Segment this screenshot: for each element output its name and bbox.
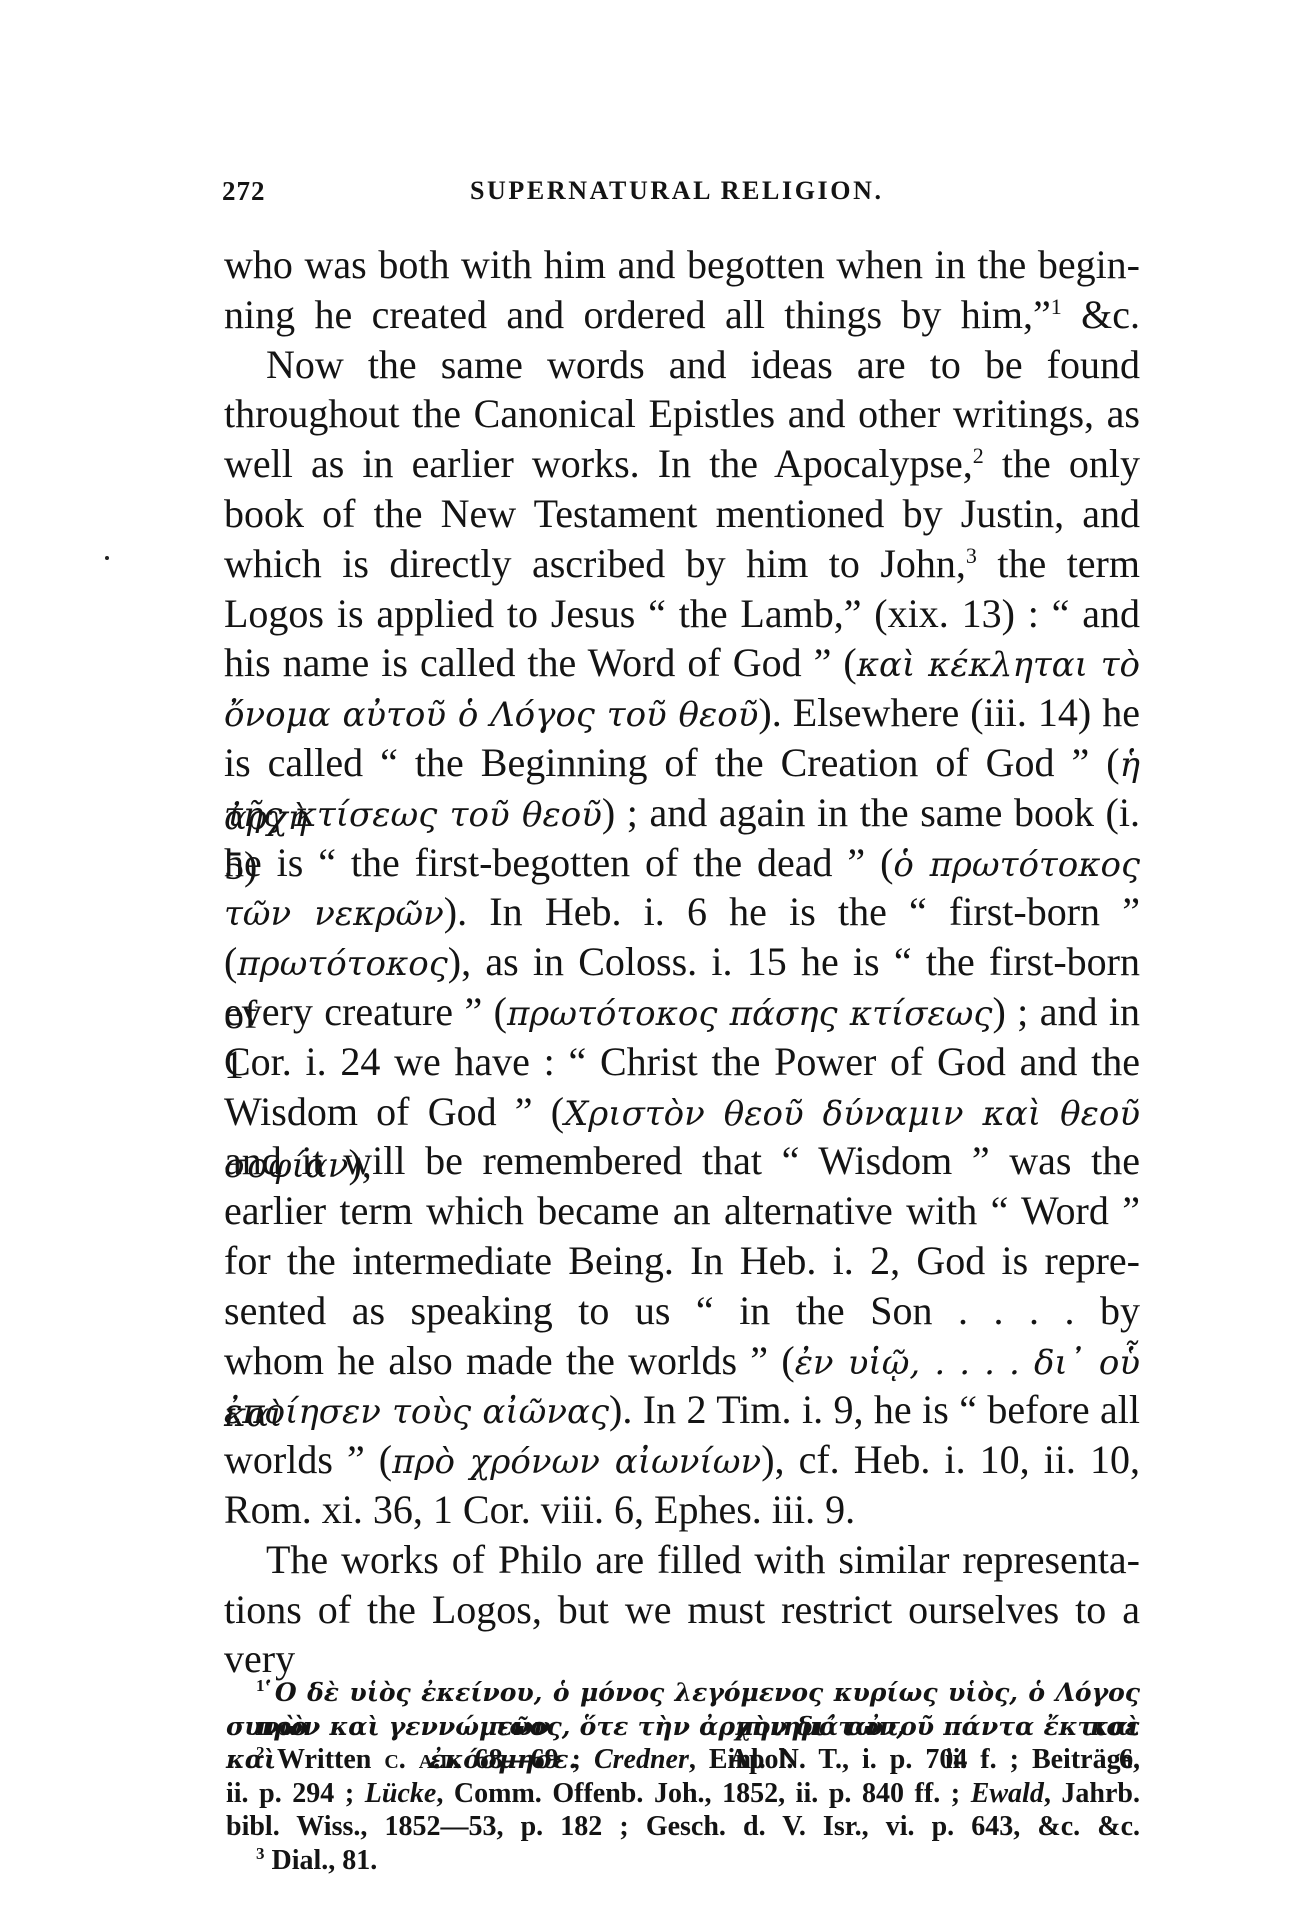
line-text: ). Elsewhere (iii. 14) he bbox=[758, 690, 1140, 735]
text-line: earlier term which became an alternative… bbox=[224, 1186, 1140, 1236]
line-text: ning he created and ordered all things b… bbox=[224, 292, 1051, 337]
footnote-marker[interactable]: 1 bbox=[1051, 294, 1062, 319]
line-text: his name is called the Word of God ” ( bbox=[224, 640, 857, 685]
line-text: ( bbox=[224, 939, 237, 984]
line-text: sented as speaking to us “ in the Son . … bbox=[224, 1288, 1140, 1333]
footnote-line: bibl. Wiss., 1852—53, p. 182 ; Gesch. d.… bbox=[226, 1810, 1140, 1844]
line-text: well as in earlier works. In the Apocaly… bbox=[224, 441, 973, 486]
line-text: the term bbox=[977, 541, 1140, 586]
text-line: is called “ the Beginning of the Creatio… bbox=[224, 738, 1140, 788]
footnote-line: 3 Dial., 81. bbox=[226, 1844, 1140, 1878]
body-text: who was both with him and begotten when … bbox=[224, 240, 1140, 1634]
greek-quotation: τῶν νεκρῶν bbox=[224, 894, 444, 934]
footnote-line: συνὼν καὶ γεννώμενος, ὅτε τὴν ἀρχὴν δι᾽ … bbox=[226, 1710, 1140, 1744]
book-page: 272 SUPERNATURAL RELIGION. who was both … bbox=[0, 0, 1292, 1925]
scan-speck bbox=[105, 556, 109, 560]
line-text: book of the New Testament mentioned by J… bbox=[224, 491, 1140, 536]
line-text: for the intermediate Being. In Heb. i. 2… bbox=[224, 1238, 1140, 1283]
footnote-line: ii. p. 294 ; Lücke, Comm. Offenb. Joh., … bbox=[226, 1777, 1140, 1811]
footnote-number-text: 1 bbox=[256, 1676, 265, 1695]
line-text: Now the same words and ideas are to be f… bbox=[266, 342, 1140, 387]
line-text: ). In Heb. i. 6 he is the “ first-born ” bbox=[444, 889, 1140, 934]
footnote-reference: 2 bbox=[973, 443, 984, 468]
line-text: the only bbox=[984, 441, 1140, 486]
text-line: his name is called the Word of God ” (κα… bbox=[224, 638, 1140, 688]
greek-quotation: πρωτότοκος bbox=[237, 944, 447, 984]
footnote-text: 68—69 ; bbox=[462, 1744, 594, 1775]
line-text: which is directly ascribed by him to Joh… bbox=[224, 541, 966, 586]
book-title: SUPERNATURAL RELIGION. bbox=[470, 176, 884, 206]
era-abbreviation: c. a.d. bbox=[384, 1744, 461, 1775]
greek-quotation: πρὸ χρόνων αἰωνίων bbox=[392, 1442, 761, 1482]
footnote-text: ii. p. 294 ; bbox=[226, 1778, 365, 1809]
text-line: Cor. i. 24 we have : “ Christ the Power … bbox=[224, 1037, 1140, 1087]
line-text: Logos is applied to Jesus “ the Lamb,” (… bbox=[224, 591, 1140, 636]
line-text: and it will be remembered that “ Wisdom … bbox=[224, 1138, 1140, 1183]
greek-quotation: ὄνομα αὐτοῦ ὁ Λόγος τοῦ θεοῦ bbox=[224, 695, 758, 735]
text-line: every creature ” (πρωτότοκος πάσης κτίσε… bbox=[224, 987, 1140, 1037]
greek-quotation: ἐποίησεν τοὺς αἰῶνας bbox=[224, 1392, 609, 1432]
text-line: τῶν νεκρῶν). In Heb. i. 6 he is the “ fi… bbox=[224, 887, 1140, 937]
text-line: (πρωτότοκος), as in Coloss. i. 15 he is … bbox=[224, 937, 1140, 987]
author-name: Credner bbox=[594, 1744, 689, 1775]
footnote-text: , Jahrb. bbox=[1044, 1778, 1140, 1809]
text-line: τῆς κτίσεως τοῦ θεοῦ) ; and again in the… bbox=[224, 788, 1140, 838]
line-text: who was both with him and begotten when … bbox=[224, 242, 1140, 287]
line-text: earlier term which became an alternative… bbox=[224, 1188, 1140, 1233]
text-line: worlds ” (πρὸ χρόνων αἰωνίων), cf. Heb. … bbox=[224, 1435, 1140, 1485]
footnote-marker[interactable]: 2 bbox=[973, 443, 984, 468]
line-text: tions of the Logos, but we must restrict… bbox=[224, 1587, 1140, 1682]
text-line: who was both with him and begotten when … bbox=[224, 240, 1140, 290]
text-line: throughout the Canonical Epistles and ot… bbox=[224, 389, 1140, 439]
line-text: whom he also made the worlds ” ( bbox=[224, 1338, 795, 1383]
footnote-line: 2 Written c. a.d. 68—69 ; Credner, Einl.… bbox=[226, 1743, 1140, 1777]
text-line: Rom. xi. 36, 1 Cor. viii. 6, Ephes. iii.… bbox=[224, 1485, 1140, 1535]
line-text: worlds ” ( bbox=[224, 1437, 392, 1482]
footnotes: 1 ̔Ο δὲ υἱὸς ἐκείνου, ὁ μόνος λεγόμενος … bbox=[226, 1676, 1140, 1877]
line-text: &c. bbox=[1062, 292, 1140, 337]
text-line: for the intermediate Being. In Heb. i. 2… bbox=[224, 1236, 1140, 1286]
greek-quotation: καὶ κέκληται τὸ bbox=[857, 645, 1140, 685]
line-text: The works of Philo are filled with simil… bbox=[266, 1537, 1140, 1582]
footnote-reference: 3 bbox=[966, 543, 977, 568]
line-text: every creature ” ( bbox=[224, 989, 507, 1034]
line-text: Cor. i. 24 we have : “ Christ the Power … bbox=[224, 1039, 1140, 1084]
text-line: Logos is applied to Jesus “ the Lamb,” (… bbox=[224, 589, 1140, 639]
footnote-number-text: 2 bbox=[256, 1743, 265, 1762]
footnote-number: 2 bbox=[256, 1743, 265, 1762]
line-text: ). In 2 Tim. i. 9, he is “ before all bbox=[609, 1387, 1140, 1432]
footnote-text: Written bbox=[265, 1744, 385, 1775]
text-line: which is directly ascribed by him to Joh… bbox=[224, 539, 1140, 589]
page-number: 272 bbox=[222, 176, 266, 207]
greek-quotation: πρωτότοκος πάσης κτίσεως bbox=[507, 994, 992, 1034]
footnote-line: 1 ̔Ο δὲ υἱὸς ἐκείνου, ὁ μόνος λεγόμενος … bbox=[226, 1676, 1140, 1710]
text-line: ὄνομα αὐτοῦ ὁ Λόγος τοῦ θεοῦ). Elsewhere… bbox=[224, 688, 1140, 738]
running-head: 272 SUPERNATURAL RELIGION. bbox=[222, 176, 1140, 208]
footnote-text: , Comm. Offenb. Joh., 1852, ii. p. 840 f… bbox=[436, 1778, 970, 1809]
text-line: sented as speaking to us “ in the Son . … bbox=[224, 1286, 1140, 1336]
footnote-reference: 1 bbox=[1051, 294, 1062, 319]
text-line: ἐποίησεν τοὺς αἰῶνας). In 2 Tim. i. 9, h… bbox=[224, 1385, 1140, 1435]
footnote-text: bibl. Wiss., 1852—53, p. 182 ; Gesch. d.… bbox=[226, 1811, 1140, 1842]
footnote-number: 1 bbox=[256, 1676, 265, 1695]
greek-quotation: τῆς κτίσεως τοῦ θεοῦ bbox=[224, 795, 602, 835]
text-line: Wisdom of God ” (Χριστὸν θεοῦ δύναμιν κα… bbox=[224, 1087, 1140, 1137]
line-text: Wisdom of God ” ( bbox=[224, 1089, 564, 1134]
text-line: well as in earlier works. In the Apocaly… bbox=[224, 439, 1140, 489]
footnote-text: , Einl. N. T., i. p. 704 f. ; Beiträge, bbox=[689, 1744, 1140, 1775]
text-line: ning he created and ordered all things b… bbox=[224, 290, 1140, 340]
text-line: and it will be remembered that “ Wisdom … bbox=[224, 1136, 1140, 1186]
line-text: Rom. xi. 36, 1 Cor. viii. 6, Ephes. iii.… bbox=[224, 1487, 855, 1532]
author-name: Lücke bbox=[365, 1778, 437, 1809]
footnote-number-text: 3 bbox=[256, 1844, 265, 1863]
text-line: tions of the Logos, but we must restrict… bbox=[224, 1585, 1140, 1635]
footnote-marker[interactable]: 3 bbox=[966, 543, 977, 568]
line-text: is called “ the Beginning of the Creatio… bbox=[224, 740, 1120, 785]
text-line: Now the same words and ideas are to be f… bbox=[224, 340, 1140, 390]
text-line: whom he also made the worlds ” (ἐν υἱῷ, … bbox=[224, 1336, 1140, 1386]
text-line: The works of Philo are filled with simil… bbox=[224, 1535, 1140, 1585]
text-line: he is “ the first-begotten of the dead ”… bbox=[224, 838, 1140, 888]
line-text: he is “ the first-begotten of the dead ”… bbox=[224, 840, 893, 885]
author-name: Ewald bbox=[971, 1778, 1044, 1809]
line-text: ), cf. Heb. i. 10, ii. 10, bbox=[761, 1437, 1140, 1482]
line-text: throughout the Canonical Epistles and ot… bbox=[224, 391, 1140, 436]
text-line: book of the New Testament mentioned by J… bbox=[224, 489, 1140, 539]
footnote-text: Dial., 81. bbox=[265, 1845, 378, 1876]
footnote-number: 3 bbox=[256, 1844, 265, 1863]
greek-quotation: ὁ πρωτότοκος bbox=[893, 845, 1140, 885]
